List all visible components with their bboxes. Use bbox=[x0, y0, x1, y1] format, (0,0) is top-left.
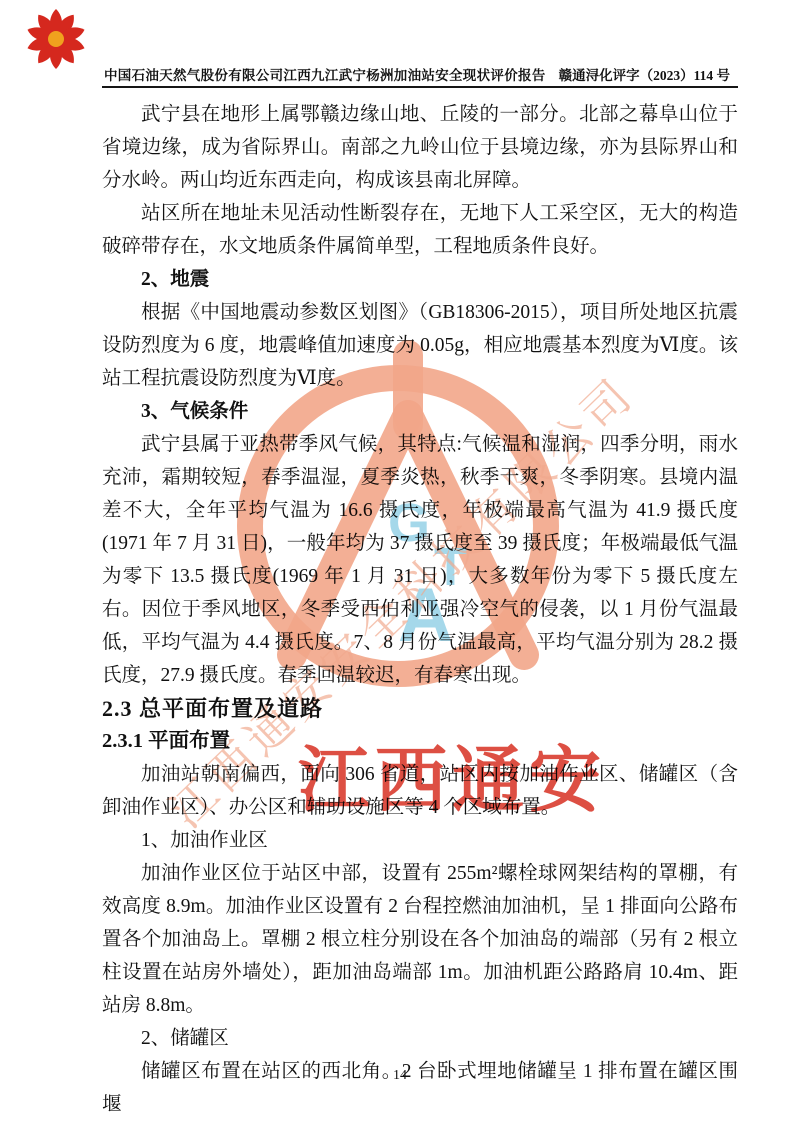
heading-general-layout: 2.3 总平面布置及道路 bbox=[102, 692, 738, 725]
heading-plane-layout: 2.3.1 平面布置 bbox=[102, 725, 738, 758]
paragraph-tank-area: 储罐区布置在站区的西北角。2 台卧式埋地储罐呈 1 排布置在罐区围堰 bbox=[102, 1055, 738, 1121]
paragraph-climate: 武宁县属于亚热带季风气候，其特点:气候温和湿润，四季分明，雨水充沛，霜期较短，春… bbox=[102, 428, 738, 692]
paragraph-site-geology: 站区所在地址未见活动性断裂存在，无地下人工采空区，无大的构造破碎带存在，水文地质… bbox=[102, 197, 738, 263]
paragraph-terrain: 武宁县在地形上属鄂赣边缘山地、丘陵的一部分。北部之幕阜山位于省境边缘，成为省际界… bbox=[102, 98, 738, 197]
paragraph-refueling-area: 加油作业区位于站区中部，设置有 255m²螺栓球网架结构的罩棚，有效高度 8.9… bbox=[102, 857, 738, 1022]
petrochina-logo-icon bbox=[24, 6, 88, 70]
paragraph-orientation: 加油站朝南偏西，面向 306 省道，站区内按加油作业区、储罐区（含卸油作业区）、… bbox=[102, 758, 738, 824]
header-report-title: 中国石油天然气股份有限公司江西九江武宁杨洲加油站安全现状评价报告 bbox=[104, 64, 546, 84]
header-document-number: 赣通浔化评字（2023）114 号 bbox=[559, 64, 730, 84]
heading-climate: 3、气候条件 bbox=[102, 395, 738, 428]
document-body: 武宁县在地形上属鄂赣边缘山地、丘陵的一部分。北部之幕阜山位于省境边缘，成为省际界… bbox=[102, 98, 738, 1121]
report-page: 中国石油天然气股份有限公司江西九江武宁杨洲加油站安全现状评价报告 赣通浔化评字（… bbox=[0, 0, 800, 1131]
subheading-tank-area: 2、储罐区 bbox=[102, 1022, 738, 1055]
header-divider bbox=[102, 86, 738, 88]
heading-seismic: 2、地震 bbox=[102, 263, 738, 296]
page-number: 14 bbox=[0, 1068, 800, 1084]
subheading-refueling-area: 1、加油作业区 bbox=[102, 824, 738, 857]
paragraph-seismic: 根据《中国地震动参数区划图》（GB18306-2015），项目所处地区抗震设防烈… bbox=[102, 296, 738, 395]
